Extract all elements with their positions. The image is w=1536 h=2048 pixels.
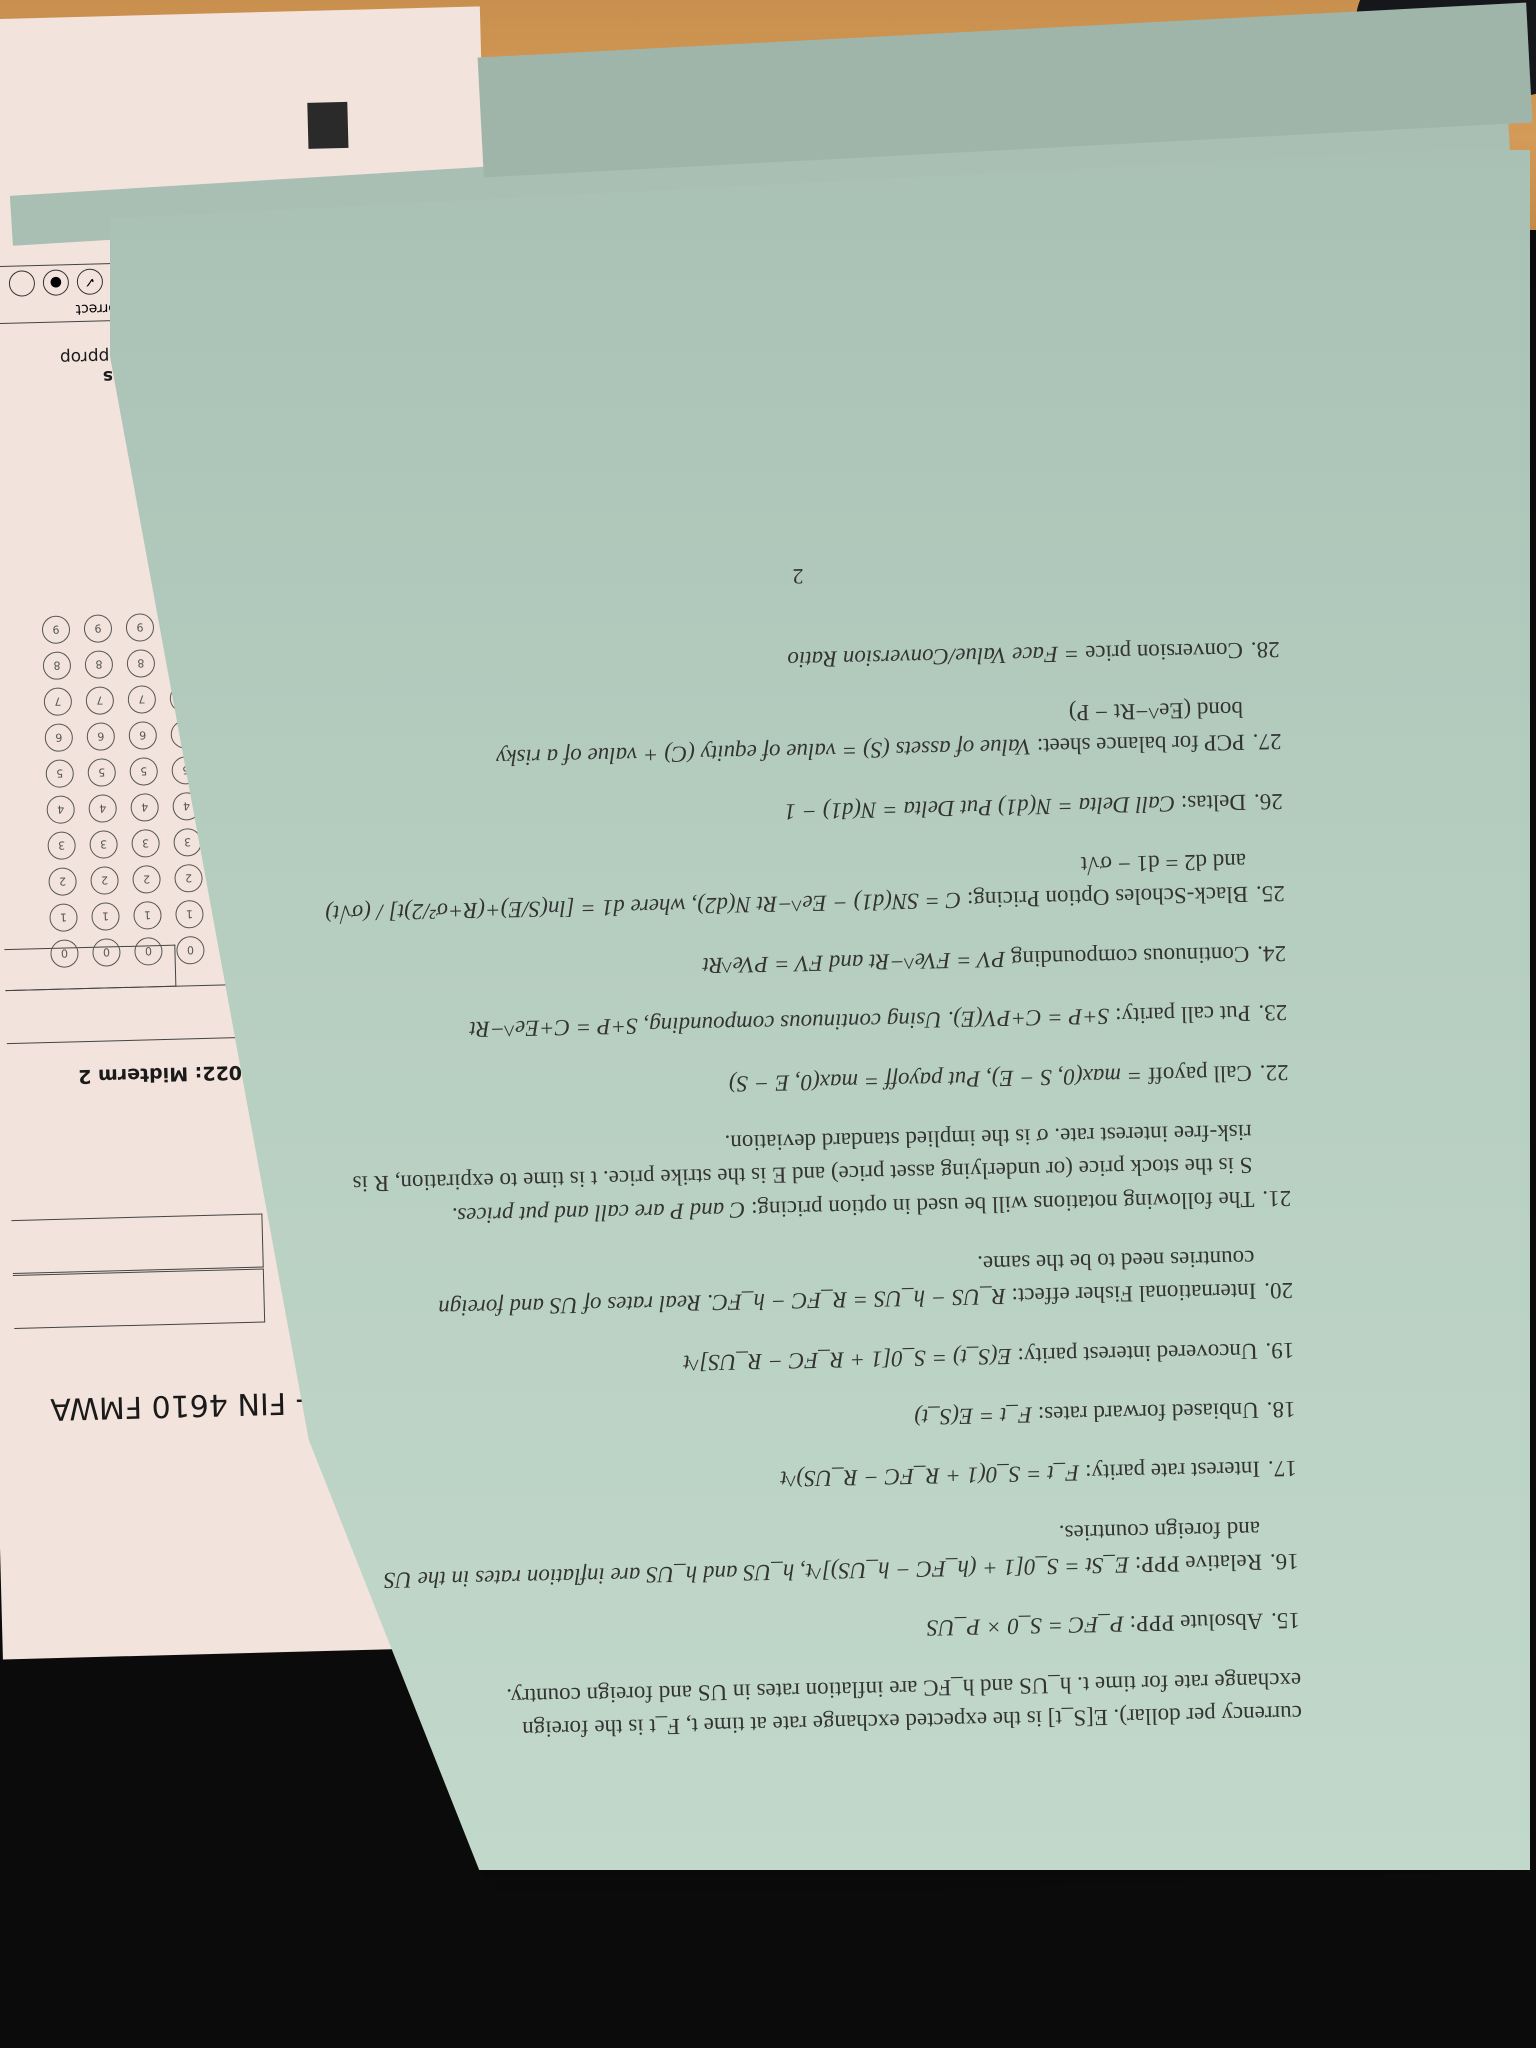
item-formula: R_US − h_US = R_FC − h_FC. Real rates of…	[438, 1284, 1006, 1321]
formula-item: 15.Absolute PPP: P_FC = S_0 × P_US	[340, 1604, 1300, 1657]
item-formula: Call Delta = N(d1) Put Delta = N(d1) − 1	[784, 791, 1175, 824]
answer-bubble[interactable]: 0	[50, 939, 79, 968]
id-field-box	[5, 984, 257, 1045]
answer-bubble[interactable]: 1	[133, 901, 162, 930]
answer-bubble[interactable]: 1	[175, 900, 204, 929]
answer-bubble[interactable]: 5	[45, 759, 74, 788]
item-label: Call payoff	[1148, 1060, 1252, 1087]
item-number: 24.	[1257, 941, 1286, 967]
item-label: International Fisher effect:	[1011, 1279, 1256, 1309]
page-number: 2	[318, 551, 1278, 603]
formula-line: 18.Unbiased forward rates: F_t = E(S_t)	[914, 1397, 1296, 1430]
formula-item: 16.Relative PPP: E_St = S_0[1 + (h_FC − …	[338, 1511, 1299, 1598]
item-label: Black-Scholes Option Pricing:	[967, 882, 1249, 913]
item-label: Unbiased forward rates:	[1038, 1398, 1259, 1428]
item-formula: S+P = C+PV(E). Using continuous compound…	[469, 1004, 1109, 1042]
item-label: Absolute PPP:	[1129, 1609, 1263, 1637]
answer-bubble[interactable]: 8	[127, 649, 156, 678]
item-label: Uncovered interest parity:	[1017, 1338, 1258, 1368]
item-formula: E(S_t) = S_0[1 + R_FC − R_US]^t	[683, 1343, 1012, 1375]
formula-item: 19.Uncovered interest parity: E(S_t) = S…	[334, 1333, 1294, 1386]
item-label: Deltas:	[1181, 790, 1247, 816]
partial-fill-icon: ●	[43, 269, 70, 296]
empty-bubble-icon	[9, 270, 36, 297]
formula-line: 28.Conversion price = Face Value/Convers…	[787, 637, 1280, 672]
formula-item: 28.Conversion price = Face Value/Convers…	[319, 632, 1279, 685]
bubble-column: 0123456789	[126, 613, 163, 966]
formula-item: 20.International Fisher effect: R_US − h…	[332, 1240, 1293, 1327]
item-label: PCP for balance sheet:	[1037, 730, 1245, 759]
bubble-column: 0123456789	[42, 615, 79, 968]
formula-item: 27.PCP for balance sheet: Value of asset…	[321, 692, 1282, 779]
item-formula: = max(0, S − E), Put payoff = max(0, E −…	[729, 1063, 1143, 1097]
bubble-column: 0123456789	[84, 614, 121, 967]
formula-item: 21.The following notations will be used …	[330, 1114, 1292, 1234]
item-label: Put call parity:	[1115, 1001, 1251, 1029]
item-number: 26.	[1254, 789, 1283, 815]
item-number: 17.	[1268, 1456, 1297, 1482]
item-number: 15.	[1271, 1608, 1300, 1634]
answer-bubble[interactable]: 2	[132, 865, 161, 894]
answer-bubble[interactable]: 9	[126, 613, 155, 642]
answer-bubble[interactable]: 5	[129, 757, 158, 786]
answer-bubble[interactable]: 4	[130, 793, 159, 822]
answer-bubble[interactable]: 5	[87, 758, 116, 787]
item-label: Interest rate parity:	[1085, 1457, 1260, 1486]
item-label: The following notations will be used in …	[751, 1186, 1255, 1222]
formula-item: 22.Call payoff = max(0, S − E), Put payo…	[328, 1055, 1288, 1108]
answer-bubble[interactable]: 0	[134, 937, 163, 966]
answer-bubble[interactable]: 3	[47, 831, 76, 860]
item-number: 23.	[1258, 1000, 1287, 1026]
item-formula: P_FC = S_0 × P_US	[927, 1612, 1125, 1641]
name-field-box	[11, 1213, 263, 1274]
answer-bubble[interactable]: 1	[91, 902, 120, 931]
intro-continuation: currency per dollar). E[S_t] is the expe…	[341, 1663, 1302, 1750]
answer-bubble[interactable]: 9	[84, 614, 113, 643]
answer-bubble[interactable]: 1	[49, 903, 78, 932]
answer-bubble[interactable]: 6	[86, 722, 115, 751]
formula-line: 23.Put call parity: S+P = C+PV(E). Using…	[469, 1000, 1287, 1042]
answer-bubble[interactable]: 3	[131, 829, 160, 858]
item-label: Conversion price	[1085, 638, 1243, 666]
answer-bubble[interactable]: 4	[88, 794, 117, 823]
answer-bubble[interactable]: 4	[46, 795, 75, 824]
formula-item: 23.Put call parity: S+P = C+PV(E). Using…	[327, 996, 1287, 1049]
answer-bubble[interactable]: 8	[43, 651, 72, 680]
answer-bubble[interactable]: 0	[176, 936, 205, 965]
item-number: 27.	[1253, 730, 1282, 756]
answer-bubble[interactable]: 8	[85, 650, 114, 679]
item-label: Continuous compounding	[1011, 942, 1250, 972]
item-number: 25.	[1256, 882, 1285, 908]
answer-bubble[interactable]: 2	[90, 866, 119, 895]
formula-list: currency per dollar). E[S_t] is the expe…	[318, 551, 1302, 1750]
formula-line: 19.Uncovered interest parity: E(S_t) = S…	[683, 1337, 1294, 1375]
answer-bubble[interactable]: 2	[48, 867, 77, 896]
item-number: 20.	[1264, 1278, 1293, 1304]
formula-line: 26.Deltas: Call Delta = N(d1) Put Delta …	[784, 789, 1283, 824]
answer-bubble[interactable]: 7	[127, 685, 156, 714]
item-number: 22.	[1259, 1059, 1288, 1085]
formula-item: 18.Unbiased forward rates: F_t = E(S_t)	[335, 1392, 1295, 1445]
scantron-course-title: - FIN 4610 FMWA	[6, 1384, 307, 1427]
item-number: 21.	[1262, 1186, 1291, 1212]
answer-bubble[interactable]: 6	[44, 723, 73, 752]
item-formula: F_t = S_0(1 + R_FC − R_US)^t	[780, 1461, 1079, 1492]
answer-bubble[interactable]: 2	[174, 864, 203, 893]
formula-line: 15.Absolute PPP: P_FC = S_0 × P_US	[927, 1608, 1301, 1641]
formula-line: 22.Call payoff = max(0, S − E), Put payo…	[729, 1059, 1289, 1096]
formula-item: 17.Interest rate parity: F_t = S_0(1 + R…	[337, 1452, 1297, 1505]
answer-bubble[interactable]: 3	[89, 830, 118, 859]
formula-line: 17.Interest rate parity: F_t = S_0(1 + R…	[780, 1456, 1297, 1492]
item-label: Relative PPP:	[1135, 1550, 1263, 1578]
answer-bubble[interactable]: 9	[42, 615, 71, 644]
answer-bubble[interactable]: 0	[92, 938, 121, 967]
answer-bubble[interactable]: 6	[128, 721, 157, 750]
item-formula: PV = FVe^−Rt and FV = PVe^Rt	[702, 947, 1005, 978]
answer-bubble[interactable]: 7	[86, 686, 115, 715]
item-formula: C and P are call and put prices.	[451, 1197, 745, 1228]
name-field-box	[13, 1268, 265, 1329]
formula-line: 24.Continuous compounding PV = FVe^−Rt a…	[702, 941, 1286, 978]
item-formula: Value of assets (S) = value of equity (C…	[496, 735, 1031, 771]
formula-item: 24.Continuous compounding PV = FVe^−Rt a…	[326, 936, 1286, 989]
item-formula: = Face Value/Conversion Ratio	[787, 641, 1080, 672]
item-number: 28.	[1251, 637, 1280, 663]
item-formula: F_t = E(S_t)	[914, 1402, 1032, 1429]
item-number: 19.	[1265, 1337, 1294, 1363]
item-number: 16.	[1270, 1549, 1299, 1575]
formula-item: 25.Black-Scholes Option Pricing: C = SN(…	[324, 844, 1285, 931]
item-number: 18.	[1267, 1397, 1296, 1423]
formula-item: 26.Deltas: Call Delta = N(d1) Put Delta …	[323, 784, 1283, 837]
check-mark-icon: ✓	[77, 268, 104, 295]
answer-bubble[interactable]: 7	[44, 687, 73, 716]
